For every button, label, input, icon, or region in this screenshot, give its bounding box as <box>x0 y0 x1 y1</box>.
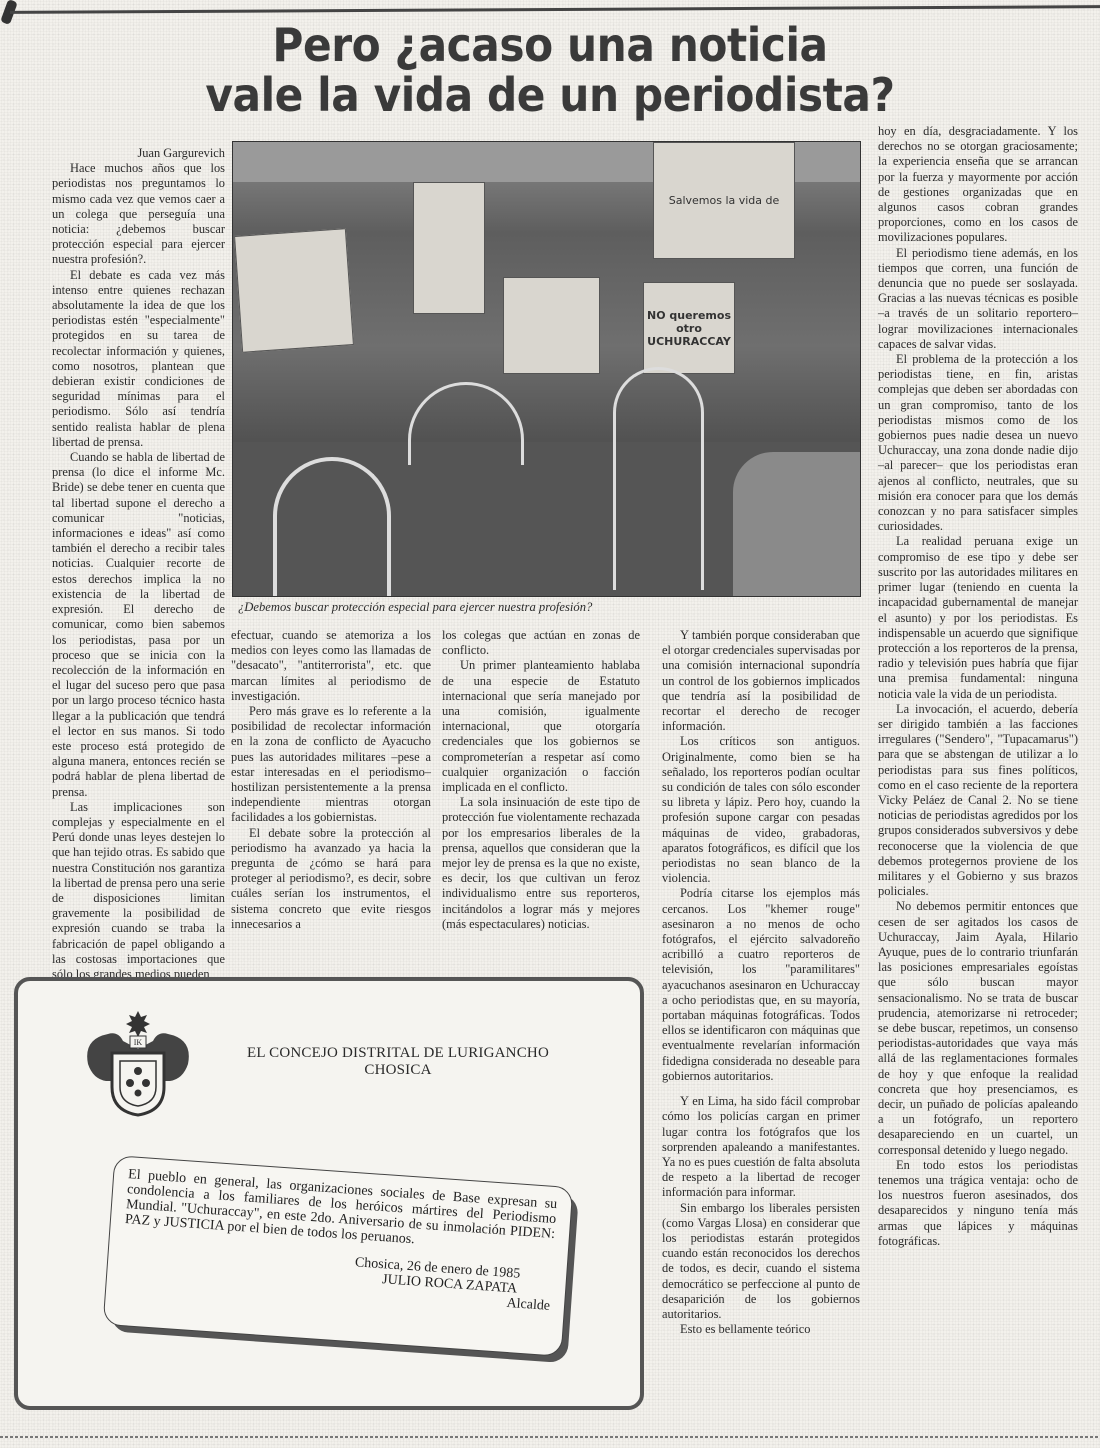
news-photo: Salvemos la vida de NO queremos otro UCH… <box>232 141 861 597</box>
photo-sign: Salvemos la vida de <box>653 142 795 259</box>
paragraph: Las implicaciones son complejas y especi… <box>52 800 225 982</box>
article-column-4: Y también porque consideraban que el oto… <box>662 628 860 1337</box>
paragraph: No debemos permitir entonces que cesen d… <box>878 899 1078 1157</box>
paragraph: El problema de la protección a los perio… <box>878 352 1078 534</box>
photo-sign <box>503 277 600 374</box>
condolence-ad: IK EL CONCEJO DISTRITAL DE LURIGANCHO CH… <box>14 977 644 1410</box>
paragraph: El debate es cada vez más intenso entre … <box>52 268 225 450</box>
paragraph: hoy en día, desgraciadamente. Y los dere… <box>878 124 1078 246</box>
paragraph: Hace muchos años que los periodistas nos… <box>52 161 225 267</box>
paragraph: efectuar, cuando se atemoriza a los medi… <box>231 628 431 704</box>
paragraph: Cuando se habla de libertad de prensa (l… <box>52 450 225 800</box>
photo-sign <box>413 182 485 314</box>
ad-title: EL CONCEJO DISTRITAL DE LURIGANCHO CHOSI… <box>208 1045 588 1079</box>
condolence-notice: El pueblo en general, las organizaciones… <box>103 1155 574 1357</box>
headline-line-1: Pero ¿acaso una noticia <box>44 20 1056 70</box>
paragraph: El debate sobre la protección al periodi… <box>231 826 431 932</box>
paragraph: Los críticos son antiguos. Originalmente… <box>662 734 860 886</box>
headline-line-2: vale la vida de un periodista? <box>44 70 1056 120</box>
bottom-rule <box>0 1436 1100 1438</box>
paragraph: los colegas que actúan en zonas de confl… <box>442 628 640 658</box>
top-rule <box>10 5 1100 14</box>
paragraph: Pero más grave es lo referente a la posi… <box>231 704 431 826</box>
paragraph: Podría citarse los ejemplos más cercanos… <box>662 886 860 1084</box>
photo-sign <box>234 228 354 353</box>
svg-text:IK: IK <box>134 1038 143 1047</box>
paragraph: En todo estos los periodistas tenemos un… <box>878 1158 1078 1249</box>
paragraph: La realidad peruana exige un compromiso … <box>878 534 1078 701</box>
paragraph: Un primer planteamiento hablaba de una e… <box>442 658 640 795</box>
article-column-2: efectuar, cuando se atemoriza a los medi… <box>231 628 431 932</box>
ad-title-line-1: EL CONCEJO DISTRITAL DE LURIGANCHO <box>208 1045 588 1062</box>
paragraph: La invocación, el acuerdo, debería ser d… <box>878 702 1078 900</box>
paragraph: Sin embargo los liberales persisten (com… <box>662 1201 860 1323</box>
paragraph: Y también porque consideraban que el oto… <box>662 628 860 734</box>
ad-title-line-2: CHOSICA <box>208 1062 588 1079</box>
byline: Juan Gargurevich <box>52 146 225 161</box>
paragraph: El periodismo tiene además, en los tiemp… <box>878 246 1078 352</box>
coat-of-arms-icon: IK <box>78 1009 198 1119</box>
article-column-5: hoy en día, desgraciadamente. Y los dere… <box>878 124 1078 1249</box>
article-column-3: los colegas que actúan en zonas de confl… <box>442 628 640 932</box>
headline: Pero ¿acaso una noticia vale la vida de … <box>44 20 1056 120</box>
photo-caption: ¿Debemos buscar protección especial para… <box>238 600 858 615</box>
notice-card: El pueblo en general, las organizaciones… <box>103 1155 574 1357</box>
article-column-1: Juan Gargurevich Hace muchos años que lo… <box>52 146 225 982</box>
paragraph: La sola insinuación de este tipo de prot… <box>442 795 640 932</box>
paragraph: Y en Lima, ha sido fácil comprobar cómo … <box>662 1094 860 1200</box>
photo-sign: NO queremos otro UCHURACCAY <box>643 282 735 374</box>
paragraph: Esto es bellamente teórico <box>662 1322 860 1337</box>
